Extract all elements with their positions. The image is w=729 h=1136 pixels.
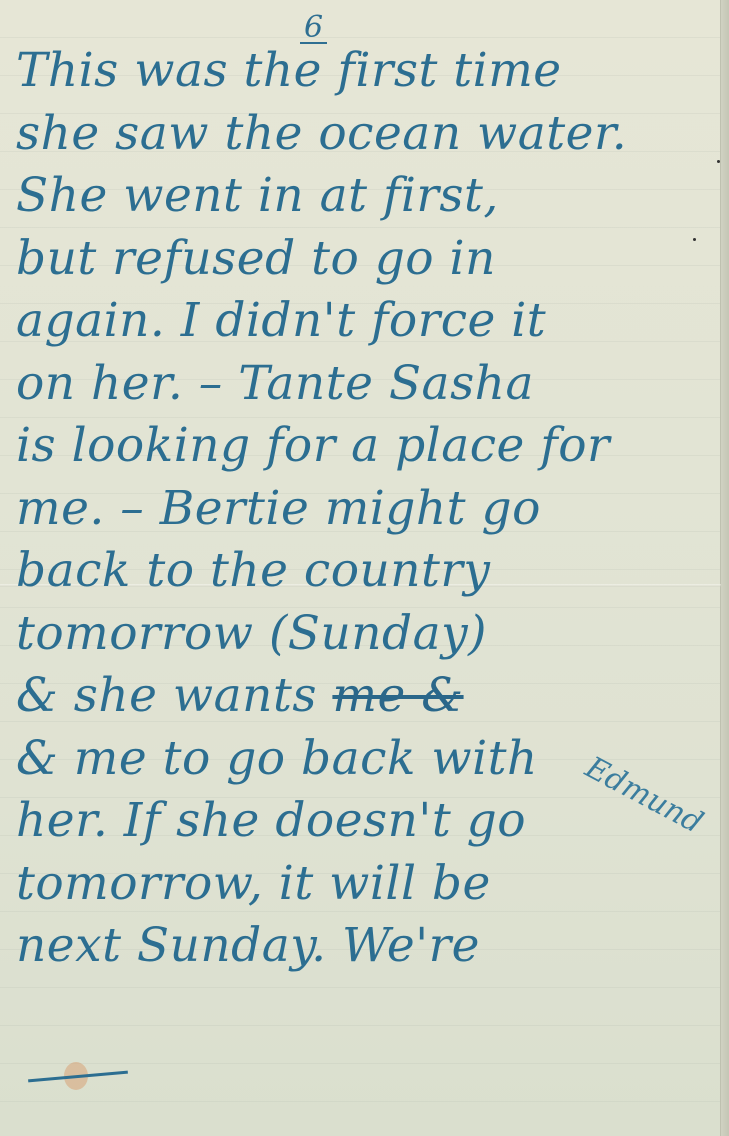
text-line: She went in at first, bbox=[16, 165, 709, 228]
paper-edge bbox=[720, 0, 729, 1136]
text-line: tomorrow (Sunday) bbox=[16, 603, 709, 666]
text-line-with-correction: & she wants me & bbox=[16, 665, 709, 728]
text-line: tomorrow, it will be bbox=[16, 853, 709, 916]
struck-out-text: me & bbox=[332, 668, 463, 723]
text-line: me. – Bertie might go bbox=[16, 478, 709, 541]
text-line: her. If she doesn't go bbox=[16, 790, 709, 853]
text-line: is looking for a place for bbox=[16, 415, 709, 478]
ink-speck bbox=[693, 238, 696, 241]
letter-page: 6 This was the first time she saw the oc… bbox=[0, 0, 729, 1136]
text-line: but refused to go in bbox=[16, 228, 709, 291]
text-line: This was the first time bbox=[16, 40, 709, 103]
text-line: next Sunday. We're bbox=[16, 915, 709, 978]
text-line: on her. – Tante Sasha bbox=[16, 353, 709, 416]
ink-speck bbox=[717, 160, 720, 163]
text-line: back to the country bbox=[16, 540, 709, 603]
handwritten-text-block: This was the first time she saw the ocea… bbox=[16, 40, 709, 978]
text-line: she saw the ocean water. bbox=[16, 103, 709, 166]
text-line: again. I didn't force it bbox=[16, 290, 709, 353]
text-segment: & she wants bbox=[16, 668, 317, 723]
